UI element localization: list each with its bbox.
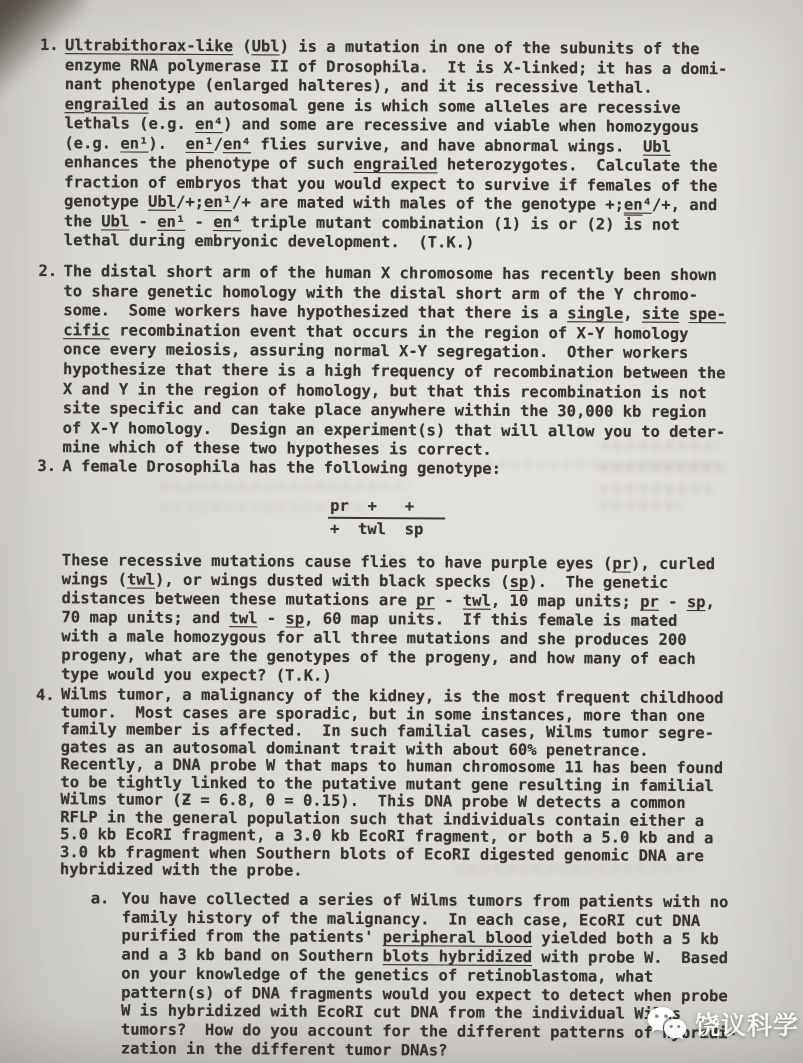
question-body: The distal short arm of the human X chro… — [62, 262, 726, 462]
text-line: A female Drosophila has the following ge… — [62, 457, 715, 480]
fraction-denominator: + twl sp — [330, 520, 715, 541]
text-line: type would you expect? (T.K.) — [61, 665, 714, 688]
question-body: Wilms tumor, a malignancy of the kidney,… — [60, 686, 724, 883]
question-2: 2. The distal short arm of the human X c… — [37, 262, 726, 462]
question-paragraph: These recessive mutations cause flies to… — [61, 551, 715, 688]
question-number: 2. — [39, 262, 64, 282]
question-1: 1. Ultrabithorax-like (Ubl) is a mutatio… — [39, 36, 728, 255]
scanned-page: 1. Ultrabithorax-like (Ubl) is a mutatio… — [0, 0, 803, 1063]
document-text: 1. Ultrabithorax-like (Ubl) is a mutatio… — [0, 0, 803, 1063]
question-4: 4. Wilms tumor, a malignancy of the kidn… — [35, 686, 724, 883]
question-number: 4. — [36, 686, 61, 706]
subquestion-letter: a. — [91, 889, 122, 909]
question-intro: A female Drosophila has the following ge… — [62, 457, 715, 480]
genotype-fraction: pr + + + twl sp — [330, 497, 716, 541]
fraction-numerator: pr + + — [330, 497, 715, 518]
photo-bottom-shadow — [0, 1013, 803, 1063]
question-3: 3. A female Drosophila has the following… — [36, 457, 716, 688]
text-line: lethal during embryonic development. (T.… — [64, 231, 727, 255]
question-body: Ultrabithorax-like (Ubl) is a mutation i… — [64, 36, 728, 255]
question-body: A female Drosophila has the following ge… — [61, 457, 716, 688]
question-number: 3. — [37, 457, 62, 477]
question-number: 1. — [40, 36, 65, 56]
